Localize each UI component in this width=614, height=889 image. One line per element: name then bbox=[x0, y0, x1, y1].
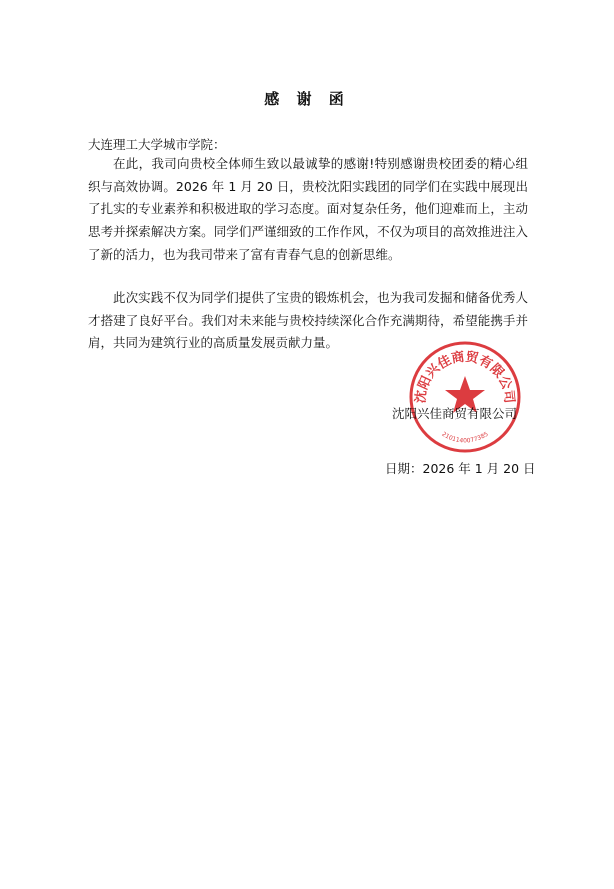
stamp-serial: 2101140077385 bbox=[440, 431, 489, 445]
svg-text:2101140077385: 2101140077385 bbox=[440, 431, 489, 445]
signature-date: 日期：2026 年 1 月 20 日 bbox=[385, 459, 536, 477]
letter-title: 感 谢 函 bbox=[0, 88, 614, 109]
salutation: 大连理工大学城市学院： bbox=[88, 135, 226, 153]
company-seal-icon: 沈阳兴佳商贸有限公司 2101140077385 bbox=[408, 340, 522, 454]
body-paragraph-1: 在此，我司向贵校全体师生致以最诚挚的感谢!特别感谢贵校团委的精心组织与高效协调。… bbox=[88, 153, 528, 267]
